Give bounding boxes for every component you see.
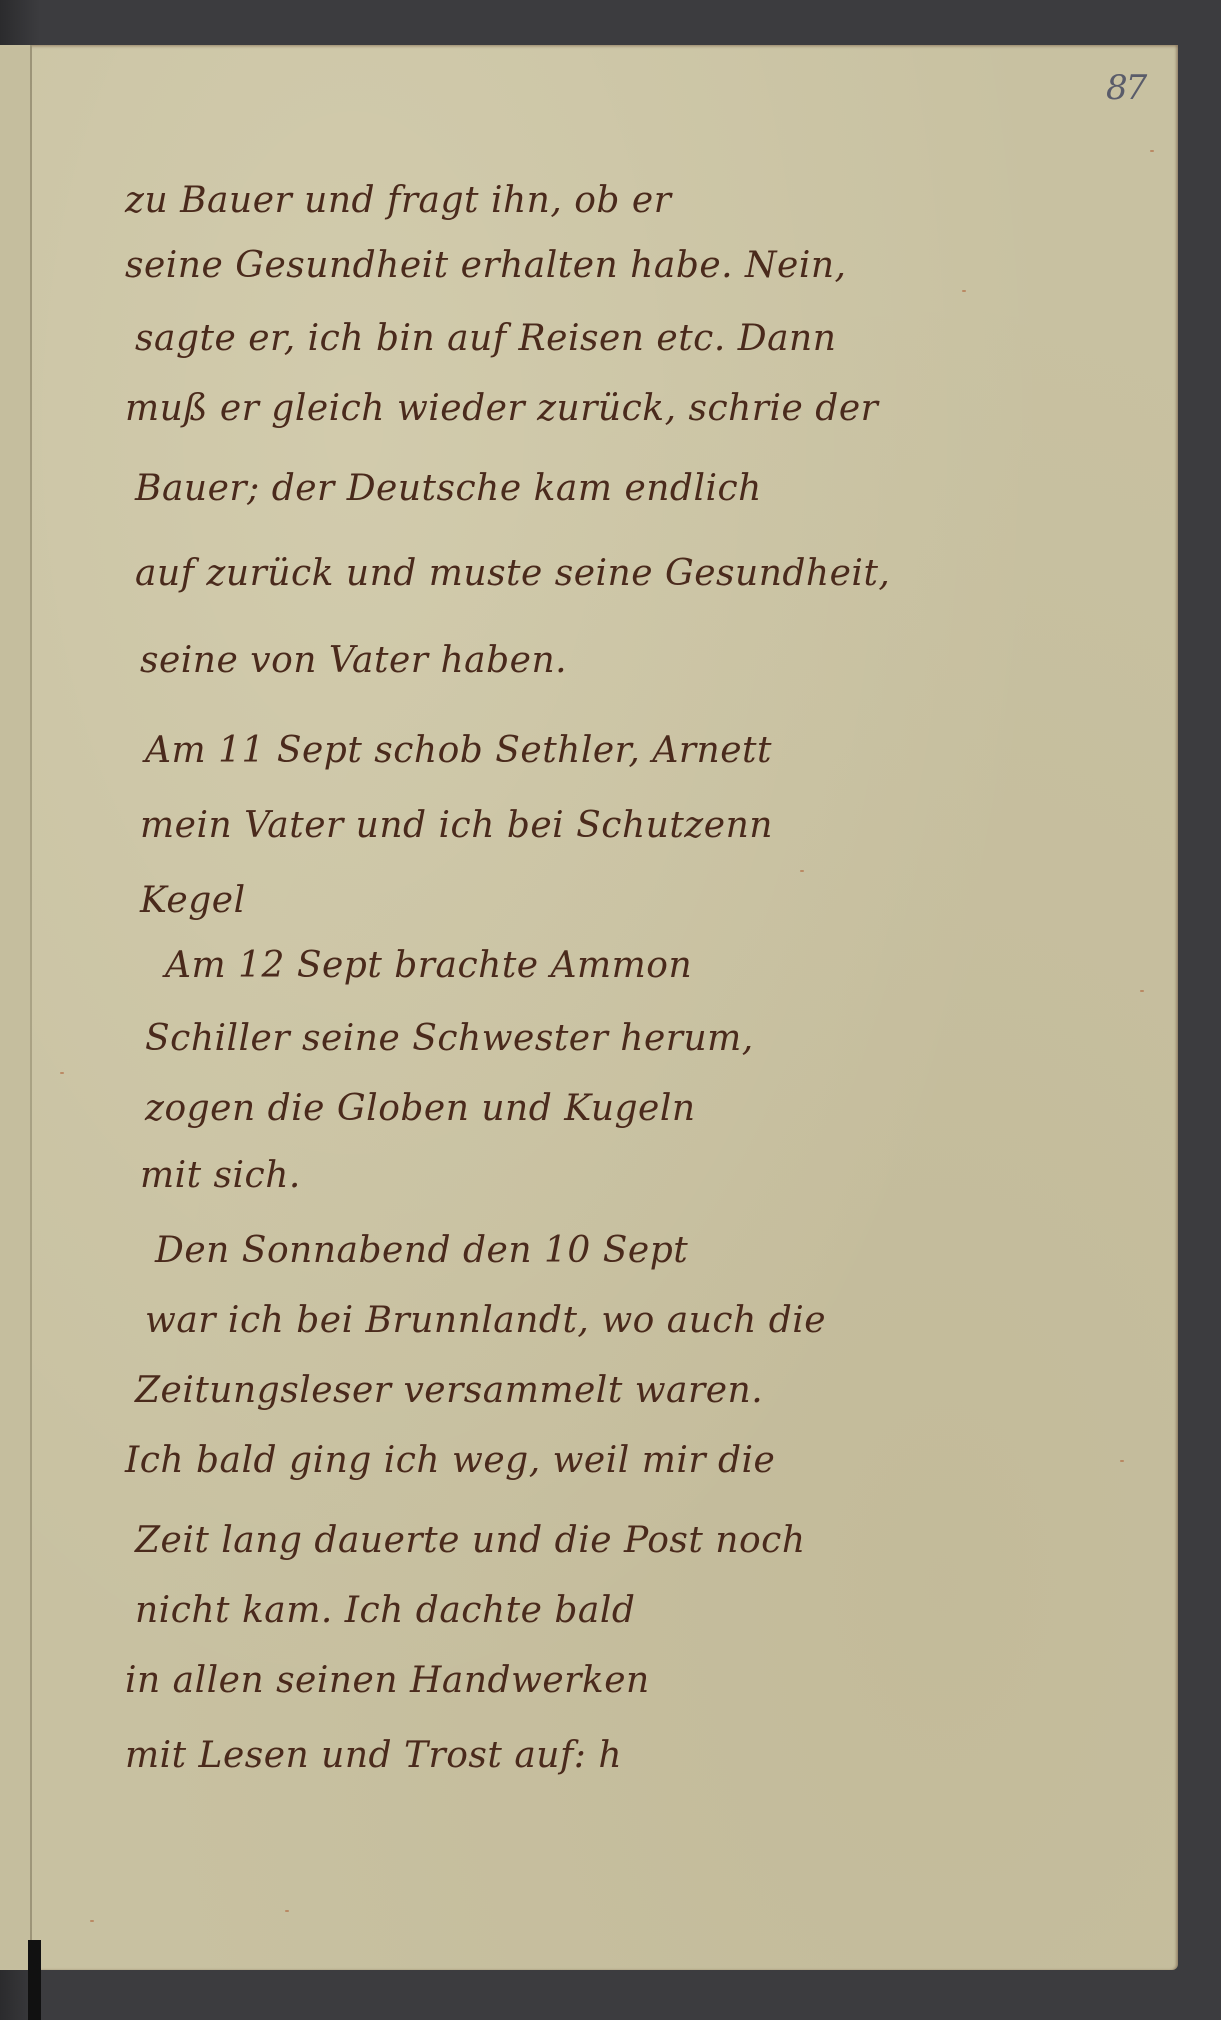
text-line: Ich bald ging ich weg, weil mir die <box>125 1440 775 1481</box>
paper-speck <box>1140 990 1144 992</box>
binding-tab <box>28 1940 41 2020</box>
text-line: nicht kam. Ich dachte bald <box>135 1590 635 1631</box>
folio-number: 87 <box>1106 68 1145 108</box>
paper-speck <box>800 870 804 872</box>
text-line: mit Lesen und Trost auf: h <box>125 1735 622 1776</box>
text-line: seine von Vater haben. <box>140 640 567 681</box>
text-line: Am 12 Sept brachte Ammon <box>165 945 692 986</box>
paper-speck <box>1150 150 1154 152</box>
text-line: zu Bauer und fragt ihn, ob er <box>125 180 671 221</box>
text-line: Zeitungsleser versammelt waren. <box>135 1370 763 1411</box>
binding-gutter-line <box>30 45 32 1970</box>
text-line: mein Vater und ich bei Schutzenn <box>140 805 773 846</box>
text-line: zogen die Globen und Kugeln <box>145 1088 696 1129</box>
text-line: in allen seinen Handwerken <box>125 1660 650 1701</box>
binding-strip <box>0 45 30 1970</box>
text-line: Den Sonnabend den 10 Sept <box>155 1230 688 1271</box>
text-line: Zeit lang dauerte und die Post noch <box>135 1520 806 1561</box>
paper-speck <box>60 1072 64 1074</box>
text-line: Am 11 Sept schob Sethler, Arnett <box>145 730 772 771</box>
paper-speck <box>962 290 966 292</box>
text-line: mit sich. <box>140 1155 301 1196</box>
text-line: sagte er, ich bin auf Reisen etc. Dann <box>135 318 836 359</box>
text-line: Schiller seine Schwester herum, <box>145 1018 754 1059</box>
paper-speck <box>1120 1460 1124 1462</box>
text-line: auf zurück und muste seine Gesundheit, <box>135 553 890 594</box>
text-line: muß er gleich wieder zurück, schrie der <box>125 388 878 429</box>
text-line: seine Gesundheit erhalten habe. Nein, <box>125 245 847 286</box>
paper-speck <box>285 1910 289 1912</box>
text-line: Kegel <box>140 880 246 921</box>
text-line: war ich bei Brunnlandt, wo auch die <box>145 1300 826 1341</box>
text-line: Bauer; der Deutsche kam endlich <box>135 468 762 509</box>
paper-speck <box>90 1920 94 1922</box>
